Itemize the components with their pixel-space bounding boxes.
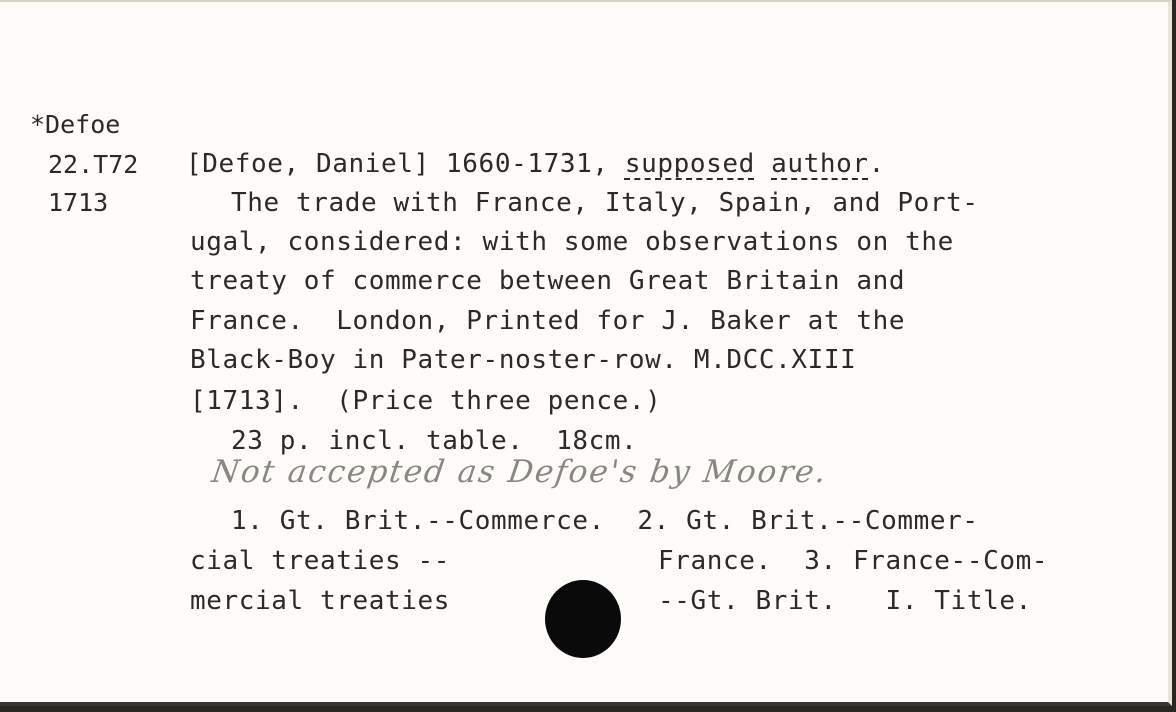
title-line: France. London, Printed for J. Baker at …: [190, 308, 905, 334]
tracing-line-3-right: --Gt. Brit. I. Title.: [658, 588, 1032, 614]
punch-hole: [545, 580, 621, 658]
title-line: treaty of commerce between Great Britain…: [190, 268, 905, 294]
tracing-line-3-left: mercial treaties: [190, 588, 450, 614]
role-separator: [755, 149, 771, 179]
title-line: The trade with France, Italy, Spain, and…: [231, 190, 979, 216]
tracing-line-1: 1. Gt. Brit.--Commerce. 2. Gt. Brit.--Co…: [231, 508, 979, 534]
role-supposed: supposed: [625, 149, 755, 179]
call-number-line-1: *Defoe: [30, 112, 120, 137]
handwritten-note: Not accepted as Defoe's by Moore.: [209, 454, 830, 490]
tracing-line-2-left: cial treaties --: [190, 548, 450, 574]
role-author: author: [771, 149, 869, 179]
call-number-line-2: 22.T72: [48, 152, 138, 177]
title-line: ugal, considered: with some observations…: [190, 229, 954, 255]
title-line: Black-Boy in Pater-noster-row. M.DCC.XII…: [190, 347, 856, 373]
collation: 23 p. incl. table. 18cm.: [231, 428, 637, 454]
heading-period: .: [869, 149, 885, 179]
tracing-line-2-right: France. 3. France--Com-: [658, 548, 1048, 574]
catalog-card: *Defoe 22.T72 1713 [Defoe, Daniel] 1660-…: [0, 0, 1172, 706]
call-number-line-3: 1713: [48, 190, 108, 215]
author-heading: [Defoe, Daniel] 1660-1731, supposed auth…: [186, 151, 885, 177]
title-line: [1713]. (Price three pence.): [190, 388, 661, 414]
author-name: [Defoe, Daniel] 1660-1731,: [186, 149, 625, 179]
